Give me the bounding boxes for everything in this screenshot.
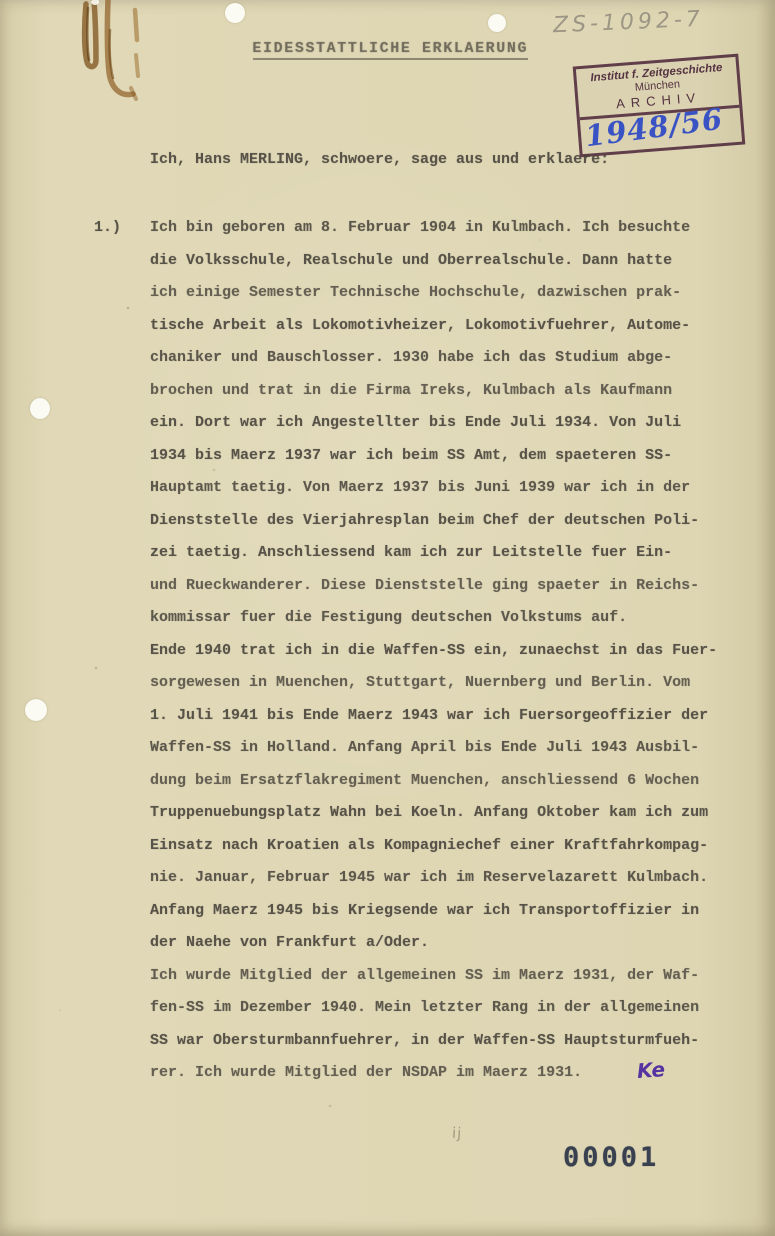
body-text-line: ich einige Semester Technische Hochschul… xyxy=(150,277,717,310)
body-text-line: SS war Obersturmbannfuehrer, in der Waff… xyxy=(150,1025,717,1058)
body-text-line: Anfang Maerz 1945 bis Kriegsende war ich… xyxy=(150,895,717,928)
document-title: EIDESSTATTLICHE ERKLAERUNG xyxy=(252,40,528,60)
item-number: 1.) xyxy=(94,212,121,245)
body-text: Ich bin geboren am 8. Februar 1904 in Ku… xyxy=(150,212,717,1090)
scanned-document-page: ZS-1092-7 EIDESSTATTLICHE ERKLAERUNG Ins… xyxy=(0,0,775,1236)
body-text-line: fen-SS im Dezember 1940. Mein letzter Ra… xyxy=(150,992,717,1025)
faint-pencil-mark: ij xyxy=(452,1124,463,1143)
paperclip-rust-stain xyxy=(70,0,154,114)
body-text-line: nie. Januar, Februar 1945 war ich im Res… xyxy=(150,862,717,895)
punch-hole xyxy=(488,14,506,32)
punch-hole xyxy=(225,3,245,23)
body-text-line: rer. Ich wurde Mitglied der NSDAP im Mae… xyxy=(150,1057,717,1090)
body-text-line: Dienststelle des Vierjahresplan beim Che… xyxy=(150,505,717,538)
body-text-line: chaniker und Bauschlosser. 1930 habe ich… xyxy=(150,342,717,375)
body-text-line: ein. Dort war ich Angestellter bis Ende … xyxy=(150,407,717,440)
punch-hole xyxy=(25,699,47,721)
body-text-line: Hauptamt taetig. Von Maerz 1937 bis Juni… xyxy=(150,472,717,505)
body-text-line: Einsatz nach Kroatien als Kompagniechef … xyxy=(150,830,717,863)
body-text-line: und Rueckwanderer. Diese Dienststelle gi… xyxy=(150,570,717,603)
body-text-line: sorgewesen in Muenchen, Stuttgart, Nuern… xyxy=(150,667,717,700)
page-number-stamp: 00001 xyxy=(563,1142,659,1173)
body-text-line: Truppenuebungsplatz Wahn bei Koeln. Anfa… xyxy=(150,797,717,830)
body-text-line: brochen und trat in die Firma Ireks, Kul… xyxy=(150,375,717,408)
body-text-line: Ende 1940 trat ich in die Waffen-SS ein,… xyxy=(150,635,717,668)
body-text-line: dung beim Ersatzflakregiment Muenchen, a… xyxy=(150,765,717,798)
punch-hole xyxy=(30,398,50,419)
body-text-line: Ich bin geboren am 8. Februar 1904 in Ku… xyxy=(150,212,717,245)
pencil-archive-reference: ZS-1092-7 xyxy=(553,7,705,39)
body-text-line: zei taetig. Anschliessend kam ich zur Le… xyxy=(150,537,717,570)
archive-stamp: Institut f. Zeitgeschichte München ARCHI… xyxy=(573,54,746,158)
handwritten-initials: Ke xyxy=(636,1057,666,1083)
body-text-line: kommissar fuer die Festigung deutschen V… xyxy=(150,602,717,635)
salutation-line: Ich, Hans MERLING, schwoere, sage aus un… xyxy=(150,150,609,170)
body-text-line: der Naehe von Frankfurt a/Oder. xyxy=(150,927,717,960)
body-text-line: Ich wurde Mitglied der allgemeinen SS im… xyxy=(150,960,717,993)
body-text-line: die Volksschule, Realschule und Oberreal… xyxy=(150,245,717,278)
body-text-line: tische Arbeit als Lokomotivheizer, Lokom… xyxy=(150,310,717,343)
body-text-line: Waffen-SS in Holland. Anfang April bis E… xyxy=(150,732,717,765)
body-text-line: 1. Juli 1941 bis Ende Maerz 1943 war ich… xyxy=(150,700,717,733)
body-text-line: 1934 bis Maerz 1937 war ich beim SS Amt,… xyxy=(150,440,717,473)
